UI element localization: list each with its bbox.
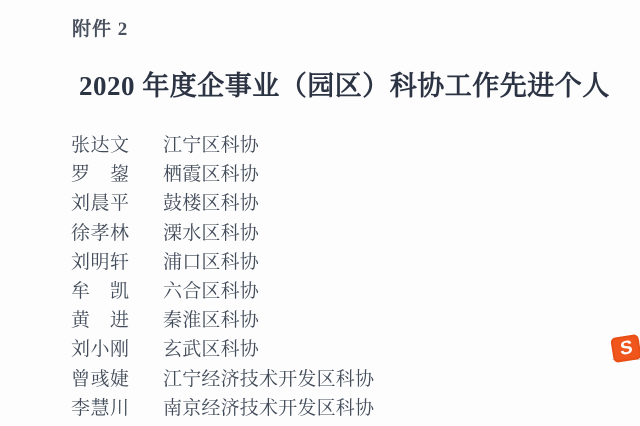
awardee-row: 罗 鋆栖霞区科协 <box>71 160 491 189</box>
document-page: 附件 2 2020 年度企事业（园区）科协工作先进个人 张达文江宁区科协罗 鋆栖… <box>0 0 640 426</box>
awardee-row: 曾彧婕江宁经济技术开发区科协 <box>71 365 491 394</box>
awardee-row: 刘晨平鼓楼区科协 <box>71 189 491 218</box>
sohu-s-icon: S <box>619 338 633 359</box>
awardee-row: 张达文江宁区科协 <box>71 131 491 160</box>
awardee-name: 黄 进 <box>71 306 163 335</box>
awardee-org: 浦口区科协 <box>163 248 259 277</box>
awardee-row: 刘明轩浦口区科协 <box>71 248 491 277</box>
awardee-org: 六合区科协 <box>163 277 259 306</box>
awardee-name: 张达文 <box>71 131 163 160</box>
awardee-org: 南京经济技术开发区科协 <box>163 394 374 423</box>
awardee-list: 张达文江宁区科协罗 鋆栖霞区科协刘晨平鼓楼区科协徐孝林溧水区科协刘明轩浦口区科协… <box>71 131 491 423</box>
awardee-org: 栖霞区科协 <box>163 160 259 189</box>
awardee-name: 李慧川 <box>71 394 163 423</box>
awardee-name: 刘小刚 <box>71 335 163 364</box>
sohu-watermark-logo: S <box>610 334 640 363</box>
awardee-org: 溧水区科协 <box>163 219 259 248</box>
awardee-org: 秦淮区科协 <box>163 306 259 335</box>
awardee-row: 徐孝林溧水区科协 <box>71 219 491 248</box>
awardee-row: 刘小刚玄武区科协 <box>71 335 491 364</box>
awardee-org: 江宁经济技术开发区科协 <box>163 365 374 394</box>
attachment-label: 附件 2 <box>72 14 128 41</box>
awardee-name: 刘明轩 <box>71 248 163 277</box>
awardee-name: 曾彧婕 <box>71 365 163 394</box>
awardee-row: 黄 进秦淮区科协 <box>71 306 491 335</box>
awardee-org: 玄武区科协 <box>163 335 259 364</box>
awardee-name: 徐孝林 <box>71 219 163 248</box>
awardee-row: 牟 凯六合区科协 <box>71 277 491 306</box>
awardee-name: 刘晨平 <box>71 189 163 218</box>
awardee-org: 江宁区科协 <box>163 131 259 160</box>
awardee-name: 罗 鋆 <box>71 160 163 189</box>
awardee-org: 鼓楼区科协 <box>163 189 259 218</box>
awardee-name: 牟 凯 <box>71 277 163 306</box>
awardee-row: 李慧川南京经济技术开发区科协 <box>71 394 491 423</box>
page-title: 2020 年度企事业（园区）科协工作先进个人 <box>79 64 610 103</box>
